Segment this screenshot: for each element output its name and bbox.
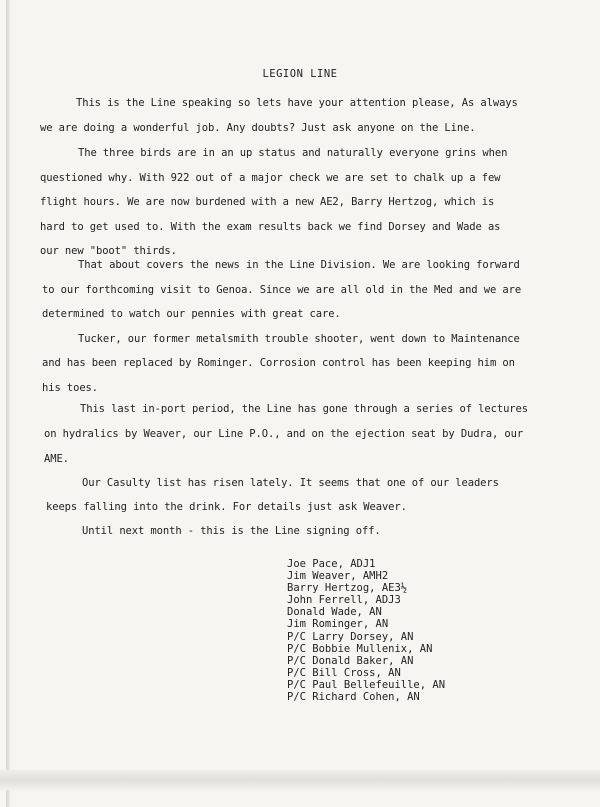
- paragraph-3-line-1: That about covers the news in the Line D…: [78, 259, 520, 271]
- document-title: LEGION LINE: [0, 68, 600, 80]
- paragraph-6-line-2: keeps falling into the drink. For detail…: [46, 501, 407, 513]
- signature-1: Joe Pace, ADJ1: [287, 558, 376, 570]
- page-edge: [6, 0, 10, 807]
- paragraph-2-line-3: flight hours. We are now burdened with a…: [40, 196, 494, 208]
- paragraph-3-line-2: to our forthcoming visit to Genoa. Since…: [42, 284, 521, 296]
- document-page: LEGION LINE This is the Line speaking so…: [0, 0, 600, 807]
- paragraph-4-line-2: and has been replaced by Rominger. Corro…: [42, 357, 515, 369]
- paragraph-6-line-1: Our Casulty list has risen lately. It se…: [82, 477, 499, 489]
- signature-5: Donald Wade, AN: [287, 606, 382, 618]
- paragraph-4-line-1: Tucker, our former metalsmith trouble sh…: [78, 333, 520, 345]
- paragraph-2-line-2: questioned why. With 922 out of a major …: [40, 172, 500, 184]
- signature-8: P/C Bobbie Mullenix, AN: [287, 643, 432, 655]
- signature-4: John Ferrell, ADJ3: [287, 594, 401, 606]
- page-fold: [0, 770, 600, 790]
- signature-6: Jim Rominger, AN: [287, 618, 388, 630]
- signature-9: P/C Donald Baker, AN: [287, 655, 413, 667]
- paragraph-4-line-3: his toes.: [42, 382, 98, 394]
- signature-3: Barry Hertzog, AE3½: [287, 582, 407, 594]
- paragraph-5-line-1: This last in-port period, the Line has g…: [80, 403, 528, 415]
- paragraph-3-line-3: determined to watch our pennies with gre…: [42, 308, 341, 320]
- signature-11: P/C Paul Bellefeuille, AN: [287, 679, 445, 691]
- paragraph-1-line-1: This is the Line speaking so lets have y…: [76, 97, 518, 109]
- paragraph-2-line-5: our new "boot" thirds.: [40, 245, 177, 257]
- paragraph-5-line-3: AME.: [44, 453, 69, 465]
- paragraph-2-line-4: hard to get used to. With the exam resul…: [40, 221, 500, 233]
- paragraph-1-line-2: we are doing a wonderful job. Any doubts…: [40, 122, 476, 134]
- paragraph-7-line-1: Until next month - this is the Line sign…: [82, 525, 381, 537]
- signature-10: P/C Bill Cross, AN: [287, 667, 401, 679]
- signature-2: Jim Weaver, AMH2: [287, 570, 388, 582]
- signature-7: P/C Larry Dorsey, AN: [287, 631, 413, 643]
- paragraph-5-line-2: on hydralics by Weaver, our Line P.O., a…: [44, 428, 523, 440]
- signature-12: P/C Richard Cohen, AN: [287, 691, 420, 703]
- paragraph-2-line-1: The three birds are in an up status and …: [78, 147, 507, 159]
